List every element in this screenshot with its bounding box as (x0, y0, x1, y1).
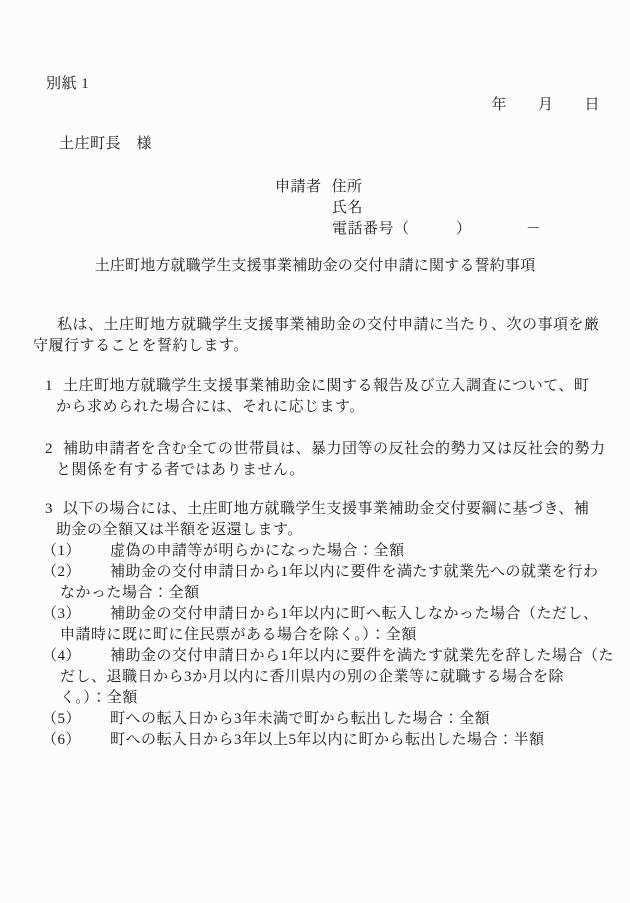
pledge-item-line: から求められた場合には、それに応じます。 (45, 397, 630, 418)
intro-paragraph: 私は、土庄町地方就職学生支援事業補助金の交付申請に当たり、次の事項を厳 守履行す… (0, 315, 630, 357)
item-text: 補助申請者を含む全ての世帯員は、暴力団等の反社会的勢力又は反社会的勢力 (63, 441, 606, 457)
addressee: 土庄町長 様 (0, 134, 630, 155)
subitem-number: （4） (42, 646, 110, 667)
address-label: 住所 (332, 179, 363, 195)
pledge-item-line: と関係を有する者ではありません。 (45, 460, 630, 481)
subitem-line: （3）補助金の交付申請日から1年以内に町へ転入しなかった場合（ただし、 (42, 604, 630, 625)
pledge-item-line: 1土庄町地方就職学生支援事業補助金に関する報告及び立入調査について、町 (45, 376, 630, 397)
item-text: 以下の場合には、土庄町地方就職学生支援事業補助金交付要綱に基づき、補 (63, 501, 589, 517)
pledge-item-3: 3以下の場合には、土庄町地方就職学生支援事業補助金交付要綱に基づき、補 助金の全… (0, 499, 630, 541)
refund-condition-6: （6）町への転入日から3年以上5年以内に町から転出した場合：半額 (42, 730, 630, 751)
subitem-text: 補助金の交付申請日から1年以内に要件を満たす就業先への就業を行わ (110, 564, 599, 580)
subitem-number: （5） (42, 709, 110, 730)
subitem-line: く。）：全額 (42, 688, 630, 709)
pledge-item-line: 2補助申請者を含む全ての世帯員は、暴力団等の反社会的勢力又は反社会的勢力 (45, 439, 630, 460)
subitem-number: （3） (42, 604, 110, 625)
refund-condition-2: （2）補助金の交付申請日から1年以内に要件を満たす就業先への就業を行わ なかった… (42, 562, 630, 604)
subitem-line: （6）町への転入日から3年以上5年以内に町から転出した場合：半額 (42, 730, 630, 751)
date-line: 年 月 日 (0, 95, 630, 116)
item-text: 土庄町地方就職学生支援事業補助金に関する報告及び立入調査について、町 (63, 378, 589, 394)
subitem-text: 町への転入日から3年以上5年以内に町から転出した場合：半額 (110, 732, 545, 748)
applicant-name-line: 氏名 (275, 198, 630, 219)
refund-condition-1: （1）虚偽の申請等が明らかになった場合：全額 (42, 541, 630, 562)
intro-line: 守履行することを誓約します。 (33, 336, 610, 357)
subitem-line: 申請時に既に町に住民票がある場合を除く。）：全額 (42, 625, 630, 646)
refund-condition-5: （5）町への転入日から3年未満で町から転出した場合：全額 (42, 709, 630, 730)
subitem-line: （5）町への転入日から3年未満で町から転出した場合：全額 (42, 709, 630, 730)
item-number: 1 (45, 376, 63, 397)
applicant-phone-line: 電話番号（ ） － (275, 219, 630, 240)
subitem-line: （1）虚偽の申請等が明らかになった場合：全額 (42, 541, 630, 562)
refund-condition-4: （4）補助金の交付申請日から1年以内に要件を満たす就業先を辞した場合（た だし、… (42, 646, 630, 709)
pledge-item-1: 1土庄町地方就職学生支援事業補助金に関する報告及び立入調査について、町 から求め… (0, 376, 630, 418)
subitem-text: 補助金の交付申請日から1年以内に要件を満たす就業先を辞した場合（た (110, 648, 614, 664)
document-title: 土庄町地方就職学生支援事業補助金の交付申請に関する誓約事項 (0, 256, 630, 277)
subitem-number: （6） (42, 730, 110, 751)
attachment-label: 別紙 1 (0, 74, 630, 95)
item-number: 3 (45, 499, 63, 520)
pledge-item-2: 2補助申請者を含む全ての世帯員は、暴力団等の反社会的勢力又は反社会的勢力 と関係… (0, 439, 630, 481)
refund-condition-3: （3）補助金の交付申請日から1年以内に町へ転入しなかった場合（ただし、 申請時に… (42, 604, 630, 646)
applicant-address-line: 申請者住所 (275, 177, 630, 198)
applicant-block: 申請者住所 氏名 電話番号（ ） － (0, 177, 630, 240)
pledge-item-line: 3以下の場合には、土庄町地方就職学生支援事業補助金交付要綱に基づき、補 (45, 499, 630, 520)
pledge-item-line: 助金の全額又は半額を返還します。 (45, 520, 630, 541)
subitem-text: 町への転入日から3年未満で町から転出した場合：全額 (110, 711, 490, 727)
item-number: 2 (45, 439, 63, 460)
document-page: 別紙 1 年 月 日 土庄町長 様 申請者住所 氏名 電話番号（ ） － 土庄町… (0, 0, 630, 903)
subitem-number: （2） (42, 562, 110, 583)
subitem-line: （2）補助金の交付申請日から1年以内に要件を満たす就業先への就業を行わ (42, 562, 630, 583)
applicant-label: 申請者 (275, 179, 322, 195)
subitem-line: （4）補助金の交付申請日から1年以内に要件を満たす就業先を辞した場合（た (42, 646, 630, 667)
refund-condition-list: （1）虚偽の申請等が明らかになった場合：全額 （2）補助金の交付申請日から1年以… (0, 541, 630, 751)
subitem-text: 虚偽の申請等が明らかになった場合：全額 (110, 543, 405, 559)
subitem-line: なかった場合：全額 (42, 583, 630, 604)
subitem-text: 補助金の交付申請日から1年以内に町へ転入しなかった場合（ただし、 (110, 606, 599, 622)
subitem-line: だし、退職日から3か月以内に香川県内の別の企業等に就職する場合を除 (42, 667, 630, 688)
subitem-number: （1） (42, 541, 110, 562)
intro-line: 私は、土庄町地方就職学生支援事業補助金の交付申請に当たり、次の事項を厳 (33, 315, 610, 336)
